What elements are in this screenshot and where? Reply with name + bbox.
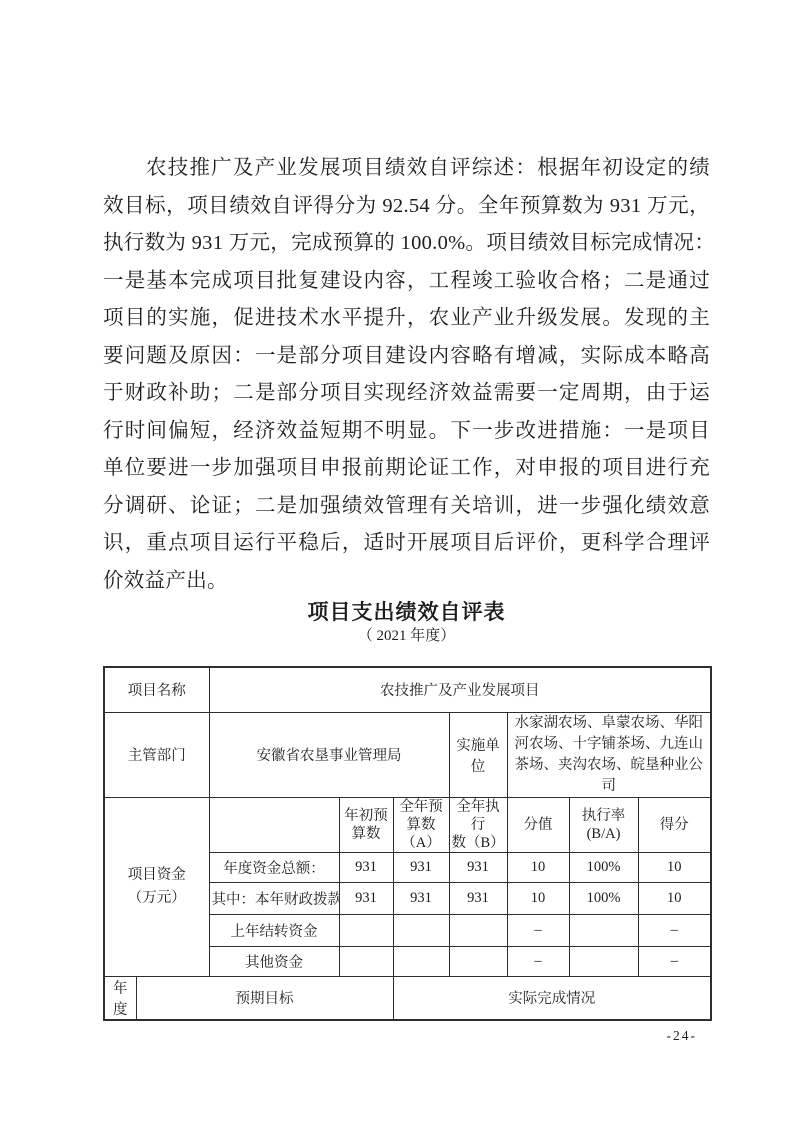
summary-line: 行时间偏短，经济效益短期不明显。下一步改进措施：一是项目: [103, 413, 710, 451]
fund-value-cell: 931: [339, 882, 393, 914]
fund-value-cell: [393, 914, 449, 946]
page-number: -24-: [103, 1028, 710, 1044]
fund-value-cell: –: [507, 914, 569, 946]
fund-value-cell: 10: [507, 882, 569, 914]
year-label: 年度: [104, 976, 136, 1020]
header-initial-budget: 年初预 算数: [339, 797, 393, 852]
summary-line: 分调研、论证；二是加强绩效管理有关培训，进一步强化绩效意: [103, 488, 710, 526]
table-row: 年度 预期目标 实际完成情况: [104, 976, 711, 1020]
summary-line: 效目标，项目绩效自评得分为 92.54 分。全年预算数为 931 万元，: [103, 188, 710, 226]
fund-row-label: 其他资金: [209, 946, 339, 976]
summary-line: 单位要进一步加强项目申报前期论证工作，对申报的项目进行充: [103, 450, 710, 488]
department-label: 主管部门: [104, 712, 209, 797]
expected-goal-label: 预期目标: [136, 976, 393, 1020]
fund-value-cell: 100%: [569, 852, 638, 882]
page-title: 项目支出绩效自评表: [103, 600, 710, 626]
fund-value-cell: –: [638, 914, 711, 946]
fund-value-cell: [449, 946, 507, 976]
implementer-value: 水家湖农场、阜蒙农场、华阳河农场、十字铺茶场、九连山茶场、夹沟农场、皖垦种业公司: [507, 712, 711, 797]
fund-row-label: 年度资金总额：: [209, 852, 339, 882]
summary-line: 一是基本完成项目批复建设内容，工程竣工验收合格；二是通过: [103, 263, 710, 301]
fund-value-cell: 931: [339, 852, 393, 882]
summary-line: 于财政补助；二是部分项目实现经济效益需要一定周期，由于运: [103, 375, 710, 413]
actual-completion-label: 实际完成情况: [393, 976, 711, 1020]
fund-value-cell: [569, 946, 638, 976]
summary-line: 要问题及原因：一是部分项目建设内容略有增减，实际成本略高: [103, 338, 710, 376]
summary-line: 执行数为 931 万元，完成预算的 100.0%。项目绩效目标完成情况：: [103, 225, 710, 263]
header-annual-budget: 全年预 算数（A）: [393, 797, 449, 852]
fund-value-cell: 10: [507, 852, 569, 882]
department-value: 安徽省农垦事业管理局: [209, 712, 449, 797]
fund-value-cell: –: [638, 946, 711, 976]
page-subtitle: （ 2021 年度）: [103, 628, 710, 644]
summary-line: 价效益产出。: [103, 563, 710, 601]
fund-value-cell: 931: [449, 882, 507, 914]
fund-value-cell: [569, 914, 638, 946]
fund-value-cell: [339, 946, 393, 976]
summary-line: 项目的实施，促进技术水平提升，农业产业升级发展。发现的主: [103, 300, 710, 338]
project-name-value: 农技推广及产业发展项目: [209, 667, 711, 712]
fund-value-cell: 10: [638, 852, 711, 882]
fund-value-cell: [393, 946, 449, 976]
project-name-label: 项目名称: [104, 667, 209, 712]
fund-value-cell: –: [507, 946, 569, 976]
header-score-value: 分值: [507, 797, 569, 852]
summary-paragraph: 农技推广及产业发展项目绩效自评综述：根据年初设定的绩 效目标，项目绩效自评得分为…: [103, 0, 710, 600]
self-evaluation-table: 项目名称 农技推广及产业发展项目 主管部门 安徽省农垦事业管理局 实施单位 水家…: [103, 666, 712, 1021]
fund-value-cell: 10: [638, 882, 711, 914]
summary-line: 识，重点项目运行平稳后，适时开展项目后评价，更科学合理评: [103, 525, 710, 563]
fund-value-cell: 931: [393, 852, 449, 882]
fund-row-label: 上年结转资金: [209, 914, 339, 946]
fund-value-cell: [339, 914, 393, 946]
fund-value-cell: 100%: [569, 882, 638, 914]
fund-value-cell: 931: [449, 852, 507, 882]
header-score: 得分: [638, 797, 711, 852]
header-annual-execution: 全年执行 数（B）: [449, 797, 507, 852]
fund-value-cell: 931: [393, 882, 449, 914]
document-page: 农技推广及产业发展项目绩效自评综述：根据年初设定的绩 效目标，项目绩效自评得分为…: [103, 0, 710, 1044]
empty-header-cell: [209, 797, 339, 852]
summary-line: 农技推广及产业发展项目绩效自评综述：根据年初设定的绩: [103, 150, 710, 188]
fund-row-label: 其中：本年财政拨款: [209, 882, 339, 914]
fund-value-cell: [449, 914, 507, 946]
header-execution-rate: 执行率 (B/A): [569, 797, 638, 852]
implementer-label: 实施单位: [449, 712, 507, 797]
funds-section-label: 项目资金 （万元）: [104, 797, 209, 976]
